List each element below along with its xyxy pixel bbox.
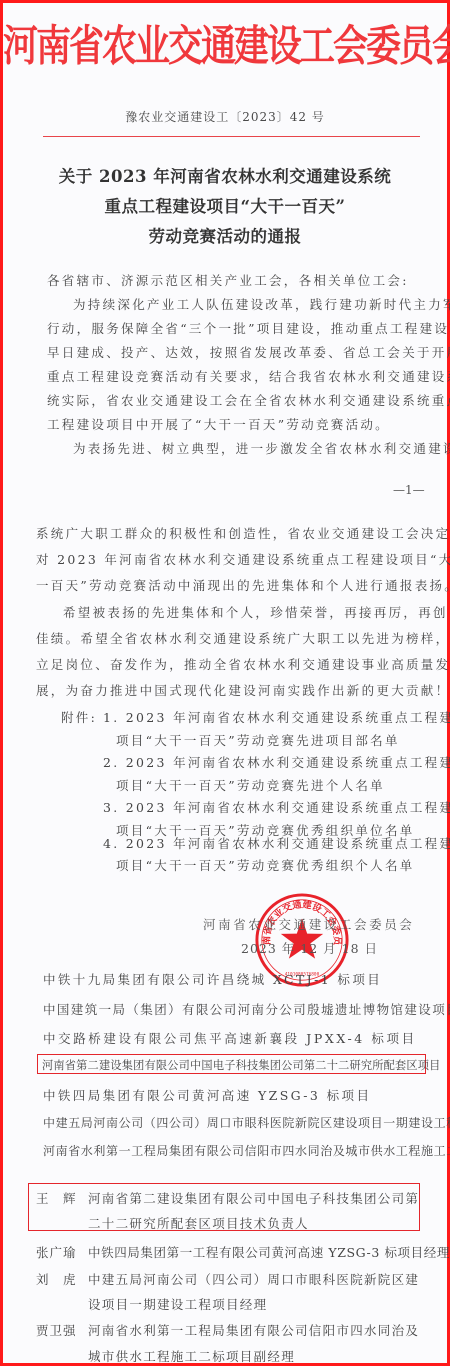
signature-organization: 河南省农业交通建设工会委员会: [203, 915, 414, 933]
paragraph-2-start: 为表扬先进、树立典型，进一步激发全省农林水利交通建设: [73, 439, 450, 457]
paragraph-3-line: 展，为奋力推进中国式现代化建设河南实践作出新的更大贡献！: [36, 681, 450, 699]
paragraph-1-line: 早日建成、投产、达效，按照省发展改革委、省总工会关于开展: [47, 343, 450, 361]
attachment-item-2-cont: 项目“大干一百天”劳动竞赛先进个人名单: [116, 776, 385, 794]
page-number: —1—: [393, 483, 425, 497]
paragraph-2-line: 系统广大职工群众的积极性和创造性，省农业交通建设工会决定，: [36, 524, 450, 542]
project-list-item: 河南省水利第一工程局集团有限公司信阳市四水同治及城市供水工程施工二标: [43, 1142, 450, 1159]
project-list-item: 中国建筑一局（集团）有限公司河南分公司殷墟遗址博物馆建设项目: [43, 1000, 450, 1018]
attachment-item-1-cont: 项目“大干一百天”劳动竞赛先进项目部名单: [116, 731, 400, 749]
project-list-item: 中铁十九局集团有限公司许昌绕城 XCTJ-1 标项目: [43, 970, 382, 988]
notice-title-line-3: 劳动竞赛活动的通报: [3, 223, 447, 247]
paragraph-3-line: 希望被表扬的先进集体和个人，珍惜荣誉，再接再厉，再创: [63, 603, 448, 621]
attachment-item-4: 4. 2023 年河南省农林水利交通建设系统重点工程建设: [103, 834, 450, 852]
paragraph-1-line: 重点工程建设竞赛活动有关要求，结合我省农林水利交通建设系: [47, 367, 450, 385]
paragraph-1-line: 行动，服务保障全省“三个一批”项目建设，推动重点工程建设项目: [47, 319, 450, 337]
individual-description: 中建五局河南公司（四公司）周口市眼科医院新院区建: [88, 1270, 419, 1288]
project-list-item: 中建五局河南公司（四公司）周口市眼科医院新院区建设项目一期建设工程: [43, 1114, 450, 1131]
individual-description: 河南省第二建设集团有限公司中国电子科技集团公司第: [88, 1189, 419, 1207]
project-list-item: 中交路桥建设有限公司焦平高速新襄段 JPXX-4 标项目: [43, 1029, 417, 1047]
paragraph-1-line: 统实际，省农业交通建设工会在全省农林水利交通建设系统重点: [47, 391, 450, 409]
attachment-item-1: 1. 2023 年河南省农林水利交通建设系统重点工程建设: [103, 708, 450, 726]
paragraph-2-line: 对 2023 年河南省农林水利交通建设系统重点工程建设项目“大干: [36, 550, 450, 568]
document-header-title: 河南省农业交通建设工会委员会文件: [3, 13, 447, 74]
individual-description: 河南省水利第一工程局集团有限公司信阳市四水同治及: [88, 1321, 419, 1339]
individual-description-cont: 城市供水工程施工二标项目副经理: [88, 1347, 295, 1365]
highlighted-project-item: 河南省第二建设集团有限公司中国电子科技集团公司第二十二研究所配套区项目: [42, 1057, 441, 1073]
notice-title-line-1: 关于 2023 年河南省农林水利交通建设系统: [3, 163, 447, 187]
attachment-item-3: 3. 2023 年河南省农林水利交通建设系统重点工程建设: [103, 798, 450, 816]
paragraph-2-line: 一百天”劳动竞赛活动中涌现出的先进集体和个人进行通报表扬。: [36, 576, 450, 594]
notice-title-line-2: 重点工程建设项目“大干一百天”: [3, 193, 447, 217]
document-number: 豫农业交通建设工〔2023〕42 号: [3, 108, 447, 125]
individual-description-cont: 二十二研究所配套区项目技术负责人: [88, 1214, 309, 1232]
individual-name: 张广瑜: [36, 1243, 77, 1261]
attachment-item-2: 2. 2023 年河南省农林水利交通建设系统重点工程建设: [103, 753, 450, 771]
individual-name: 贾卫强: [36, 1321, 77, 1339]
document-page: 河南省农业交通建设工会委员会文件 豫农业交通建设工〔2023〕42 号 关于 2…: [0, 0, 450, 1366]
paragraph-1-line: 为持续深化产业工人队伍建设改革，践行建功新时代主力军: [73, 295, 450, 313]
attachments-label: 附件:: [61, 708, 97, 726]
paragraph-3-line: 立足岗位、奋发作为，推动全省农林水利交通建设事业高质量发: [36, 655, 450, 673]
individual-description-cont: 设项目一期建设工程项目经理: [88, 1295, 267, 1313]
individual-name: 刘 虎: [36, 1270, 77, 1288]
header-divider: [43, 136, 420, 137]
paragraph-1-line: 工程建设项目中开展了“大干一百天”劳动竞赛活动。: [47, 415, 390, 433]
salutation: 各省辖市、济源示范区相关产业工会，各相关单位工会:: [47, 271, 409, 289]
signature-date: 2023 年 12 月 18 日: [241, 939, 378, 957]
attachment-item-4-cont: 项目“大干一百天”劳动竞赛优秀组织个人名单: [116, 856, 415, 874]
individual-description: 中铁四局集团第一工程有限公司黄河高速 YZSG-3 标项目经理: [88, 1243, 450, 1261]
project-list-item: 中铁四局集团有限公司黄河高速 YZSG-3 标项目: [43, 1086, 371, 1104]
paragraph-3-line: 佳绩。希望全省农林水利交通建设系统广大职工以先进为榜样，: [36, 629, 450, 647]
individual-name: 王 辉: [36, 1189, 77, 1207]
